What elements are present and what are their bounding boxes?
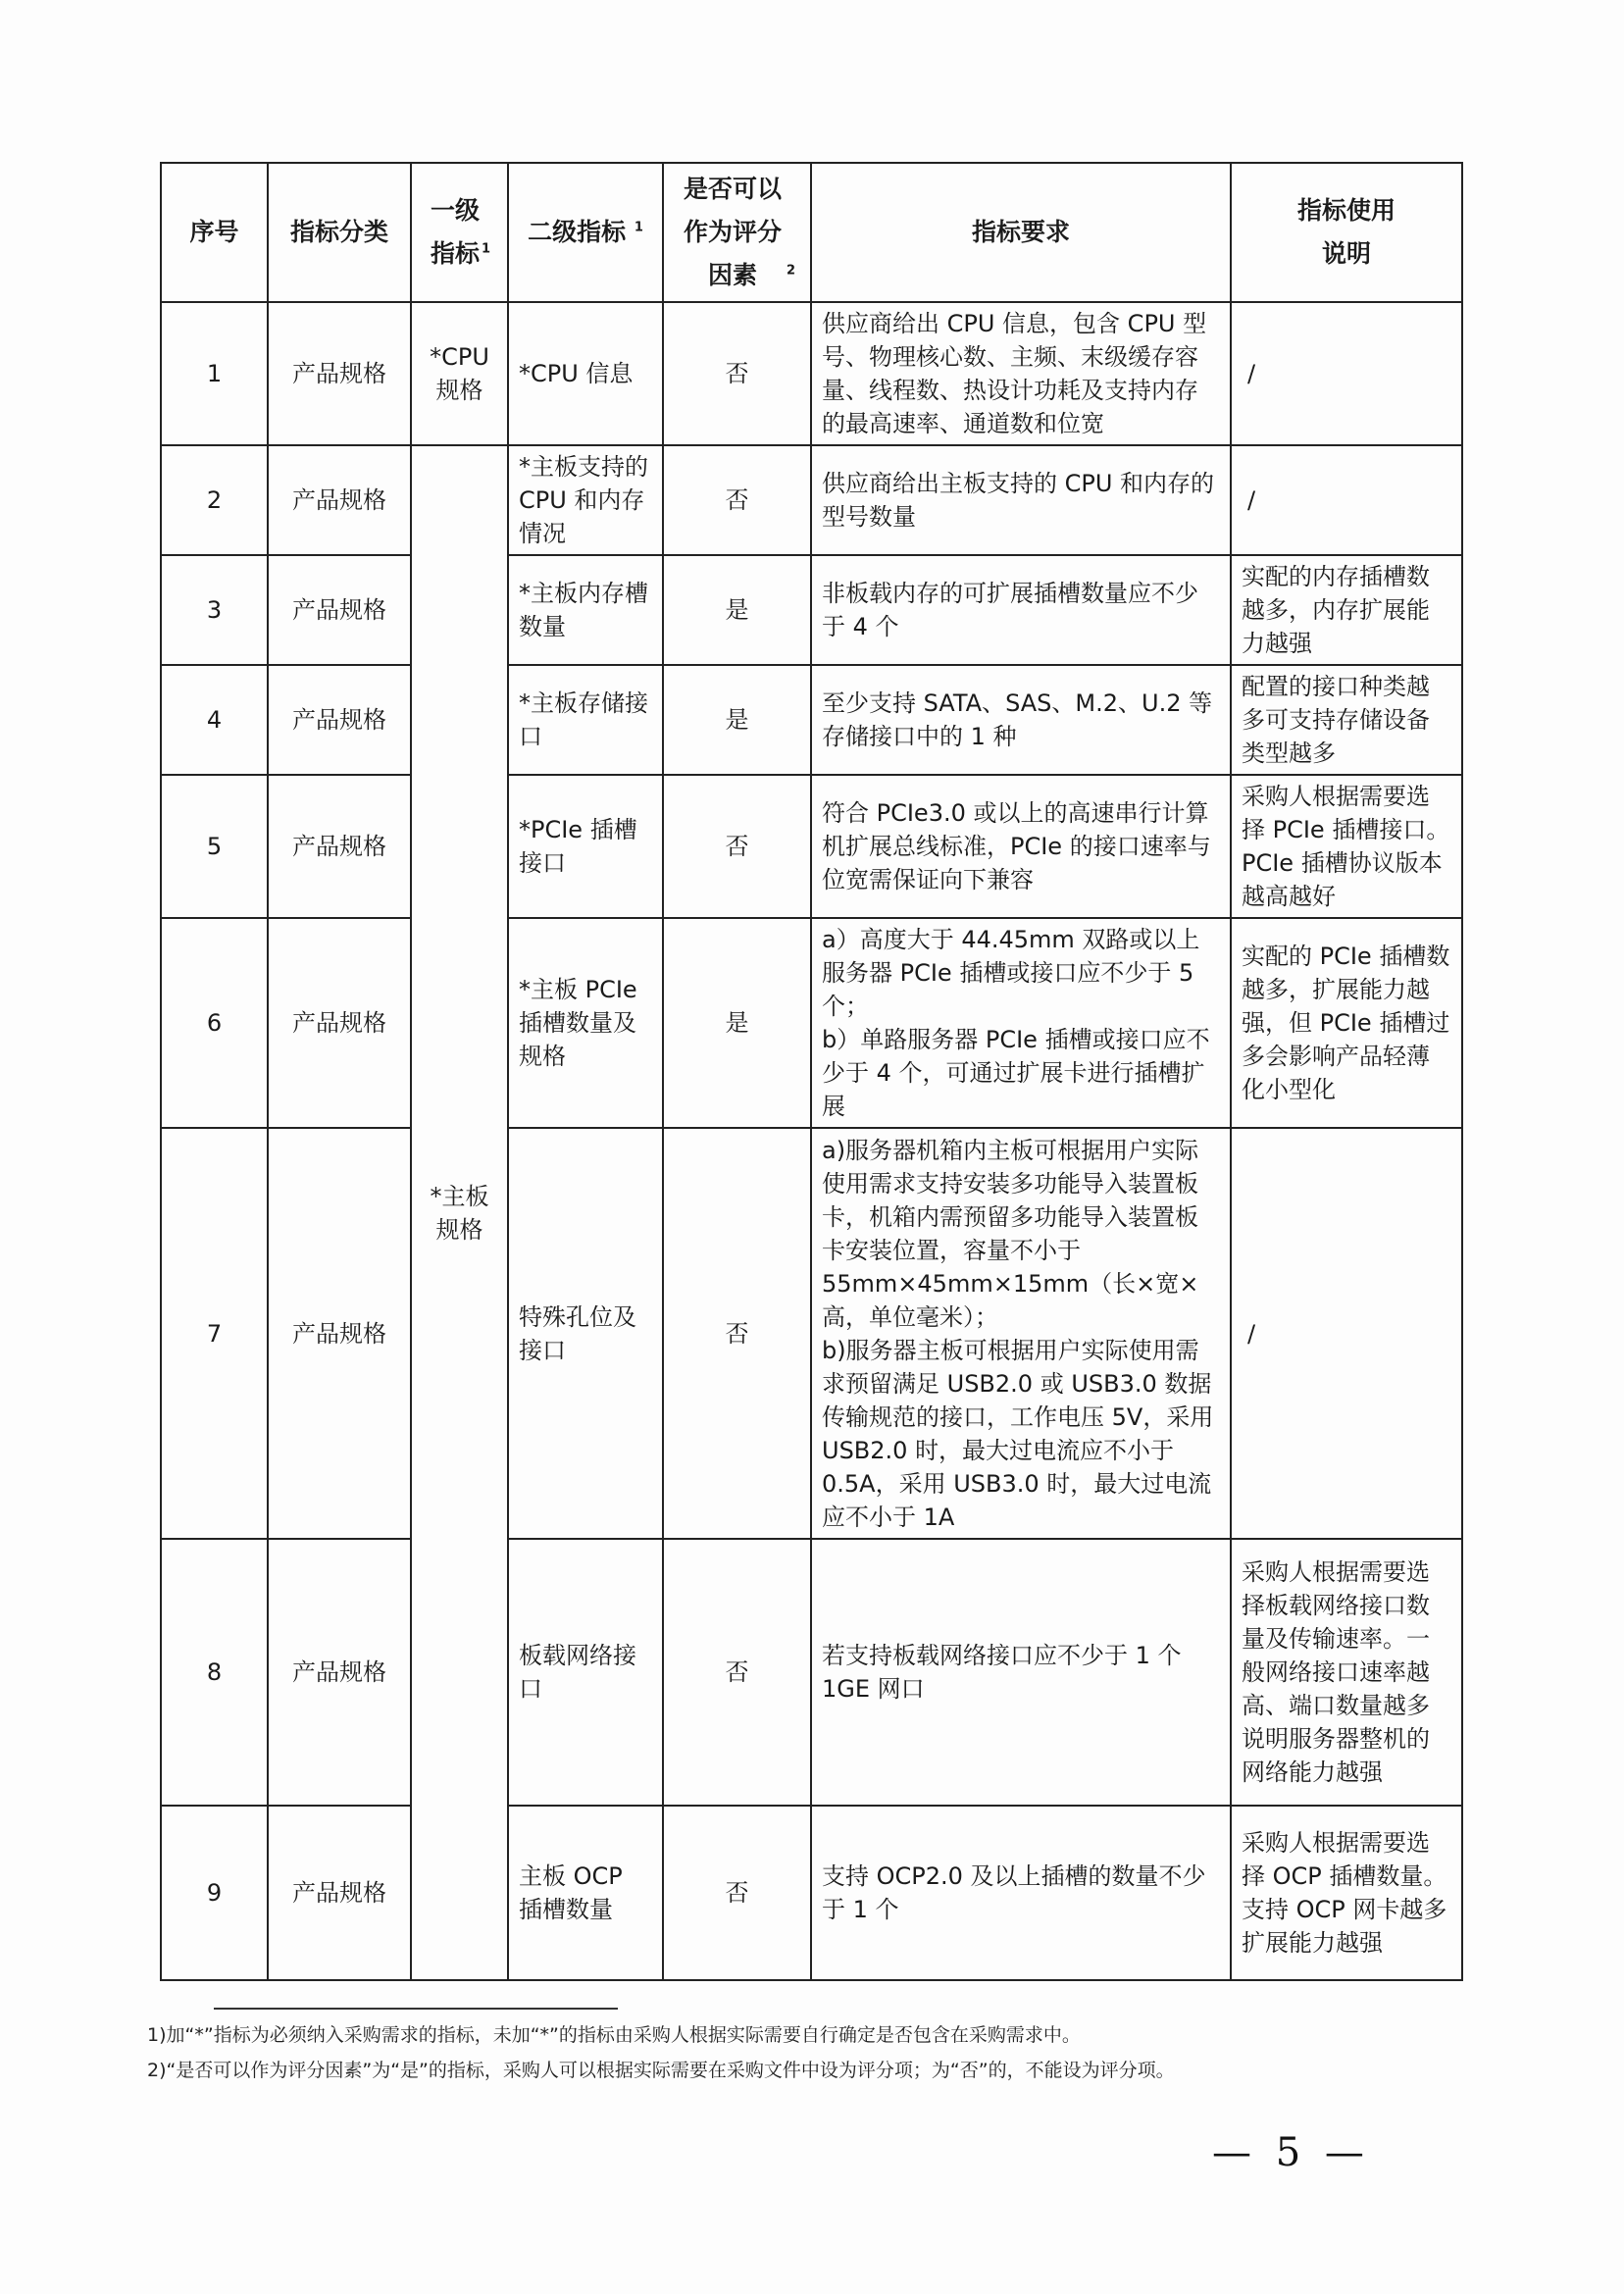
cell-level2: 板载网络接口 [508, 1539, 663, 1806]
cell-scoring: 否 [663, 1128, 811, 1539]
cell-scoring: 否 [663, 1539, 811, 1806]
cell-level2: 主板 OCP 插槽数量 [508, 1806, 663, 1980]
table-row: 1 产品规格 *CPU 规格 *CPU 信息 否 供应商给出 CPU 信息，包含… [161, 302, 1462, 445]
cell-seq: 9 [161, 1806, 268, 1980]
page-number: — 5 — [1212, 2130, 1370, 2175]
cell-usage: 采购人根据需要选择 PCIe 插槽接口。PCIe 插槽协议版本越高越好 [1231, 775, 1462, 918]
cell-requirement: 支持 OCP2.0 及以上插槽的数量不少于 1 个 [811, 1806, 1231, 1980]
cell-seq: 5 [161, 775, 268, 918]
cell-seq: 7 [161, 1128, 268, 1539]
header-scoring: 是否可以作为评分因素2 [663, 163, 811, 302]
cell-requirement: 至少支持 SATA、SAS、M.2、U.2 等存储接口中的 1 种 [811, 665, 1231, 775]
table-row: 9 产品规格 主板 OCP 插槽数量 否 支持 OCP2.0 及以上插槽的数量不… [161, 1806, 1462, 1980]
cell-scoring: 否 [663, 775, 811, 918]
cell-usage: 采购人根据需要选择板载网络接口数量及传输速率。一般网络接口速率越高、端口数量越多… [1231, 1539, 1462, 1806]
header-level2-text: 二级指标 [528, 218, 626, 246]
cell-level2: *主板内存槽数量 [508, 555, 663, 665]
cell-category: 产品规格 [268, 1806, 411, 1980]
table-row: 6 产品规格 *主板 PCIe 插槽数量及规格 是 a）高度大于 44.45mm… [161, 918, 1462, 1128]
cell-category: 产品规格 [268, 665, 411, 775]
cell-category: 产品规格 [268, 445, 411, 555]
footnote-separator [214, 2008, 618, 2010]
cell-category: 产品规格 [268, 775, 411, 918]
cell-requirement: 非板载内存的可扩展插槽数量应不少于 4 个 [811, 555, 1231, 665]
cell-level1: *主板 规格 [411, 445, 508, 1980]
header-category: 指标分类 [268, 163, 411, 302]
cell-level1: *CPU 规格 [411, 302, 508, 445]
cell-level2: *主板支持的 CPU 和内存情况 [508, 445, 663, 555]
document-page: 序号 指标分类 一级指标1 二级指标 1 是否可以作为评分因素2 指标要求 指标… [0, 0, 1624, 2294]
cell-usage: / [1231, 302, 1462, 445]
cell-category: 产品规格 [268, 918, 411, 1128]
header-usage-text: 指标使用说明 [1293, 189, 1400, 276]
header-scoring-text: 是否可以作为评分因素 [679, 168, 787, 297]
footnote-ref: 1 [482, 242, 490, 257]
header-level1-text: 一级指标 [429, 189, 482, 276]
cell-seq: 8 [161, 1539, 268, 1806]
cell-level2: *主板存储接口 [508, 665, 663, 775]
cell-scoring: 是 [663, 918, 811, 1128]
cell-usage: 配置的接口种类越多可支持存储设备类型越多 [1231, 665, 1462, 775]
cell-usage: / [1231, 445, 1462, 555]
cell-requirement: a）高度大于 44.45mm 双路或以上服务器 PCIe 插槽或接口应不少于 5… [811, 918, 1231, 1128]
cell-level2: *CPU 信息 [508, 302, 663, 445]
cell-requirement: 供应商给出 CPU 信息，包含 CPU 型号、物理核心数、主频、末级缓存容量、线… [811, 302, 1231, 445]
cell-scoring: 是 [663, 665, 811, 775]
cell-seq: 3 [161, 555, 268, 665]
header-level1: 一级指标1 [411, 163, 508, 302]
cell-seq: 2 [161, 445, 268, 555]
cell-level2: *主板 PCIe 插槽数量及规格 [508, 918, 663, 1128]
cell-seq: 6 [161, 918, 268, 1128]
header-usage: 指标使用说明 [1231, 163, 1462, 302]
table-row: 5 产品规格 *PCIe 插槽接口 否 符合 PCIe3.0 或以上的高速串行计… [161, 775, 1462, 918]
footnote-2: 2)“是否可以作为评分因素”为“是”的指标，采购人可以根据实际需要在采购文件中设… [147, 2058, 1175, 2083]
cell-seq: 4 [161, 665, 268, 775]
footnote-ref: 1 [634, 221, 643, 235]
cell-usage-text: / [1242, 1317, 1255, 1351]
cell-level2: 特殊孔位及接口 [508, 1128, 663, 1539]
cell-scoring: 是 [663, 555, 811, 665]
cell-requirement: 供应商给出主板支持的 CPU 和内存的型号数量 [811, 445, 1231, 555]
footnote-ref: 2 [787, 264, 795, 279]
cell-usage: / [1231, 1128, 1462, 1539]
cell-usage: 实配的 PCIe 插槽数越多，扩展能力越强，但 PCIe 插槽过多会影响产品轻薄… [1231, 918, 1462, 1128]
cell-usage-text: / [1242, 484, 1255, 517]
cell-usage: 实配的内存插槽数越多，内存扩展能力越强 [1231, 555, 1462, 665]
table-header-row: 序号 指标分类 一级指标1 二级指标 1 是否可以作为评分因素2 指标要求 指标… [161, 163, 1462, 302]
cell-requirement: a)服务器机箱内主板可根据用户实际使用需求支持安装多功能导入装置板卡，机箱内需预… [811, 1128, 1231, 1539]
table-row: 7 产品规格 特殊孔位及接口 否 a)服务器机箱内主板可根据用户实际使用需求支持… [161, 1128, 1462, 1539]
table-row: 3 产品规格 *主板内存槽数量 是 非板载内存的可扩展插槽数量应不少于 4 个 … [161, 555, 1462, 665]
cell-category: 产品规格 [268, 1539, 411, 1806]
cell-usage-text: / [1242, 357, 1255, 390]
header-level2: 二级指标 1 [508, 163, 663, 302]
cell-scoring: 否 [663, 445, 811, 555]
cell-scoring: 否 [663, 1806, 811, 1980]
header-requirement: 指标要求 [811, 163, 1231, 302]
cell-requirement: 符合 PCIe3.0 或以上的高速串行计算机扩展总线标准，PCIe 的接口速率与… [811, 775, 1231, 918]
table-row: 8 产品规格 板载网络接口 否 若支持板载网络接口应不少于 1 个 1GE 网口… [161, 1539, 1462, 1806]
cell-requirement: 若支持板载网络接口应不少于 1 个 1GE 网口 [811, 1539, 1231, 1806]
footnote-1: 1)加“*”指标为必须纳入采购需求的指标，未加“*”的指标由采购人根据实际需要自… [147, 2022, 1081, 2048]
cell-level2: *PCIe 插槽接口 [508, 775, 663, 918]
cell-seq: 1 [161, 302, 268, 445]
table-row: 4 产品规格 *主板存储接口 是 至少支持 SATA、SAS、M.2、U.2 等… [161, 665, 1462, 775]
cell-scoring: 否 [663, 302, 811, 445]
spec-table: 序号 指标分类 一级指标1 二级指标 1 是否可以作为评分因素2 指标要求 指标… [160, 162, 1463, 1981]
cell-usage: 采购人根据需要选择 OCP 插槽数量。支持 OCP 网卡越多扩展能力越强 [1231, 1806, 1462, 1980]
cell-category: 产品规格 [268, 555, 411, 665]
cell-category: 产品规格 [268, 1128, 411, 1539]
header-seq: 序号 [161, 163, 268, 302]
cell-category: 产品规格 [268, 302, 411, 445]
table-row: 2 产品规格 *主板 规格 *主板支持的 CPU 和内存情况 否 供应商给出主板… [161, 445, 1462, 555]
